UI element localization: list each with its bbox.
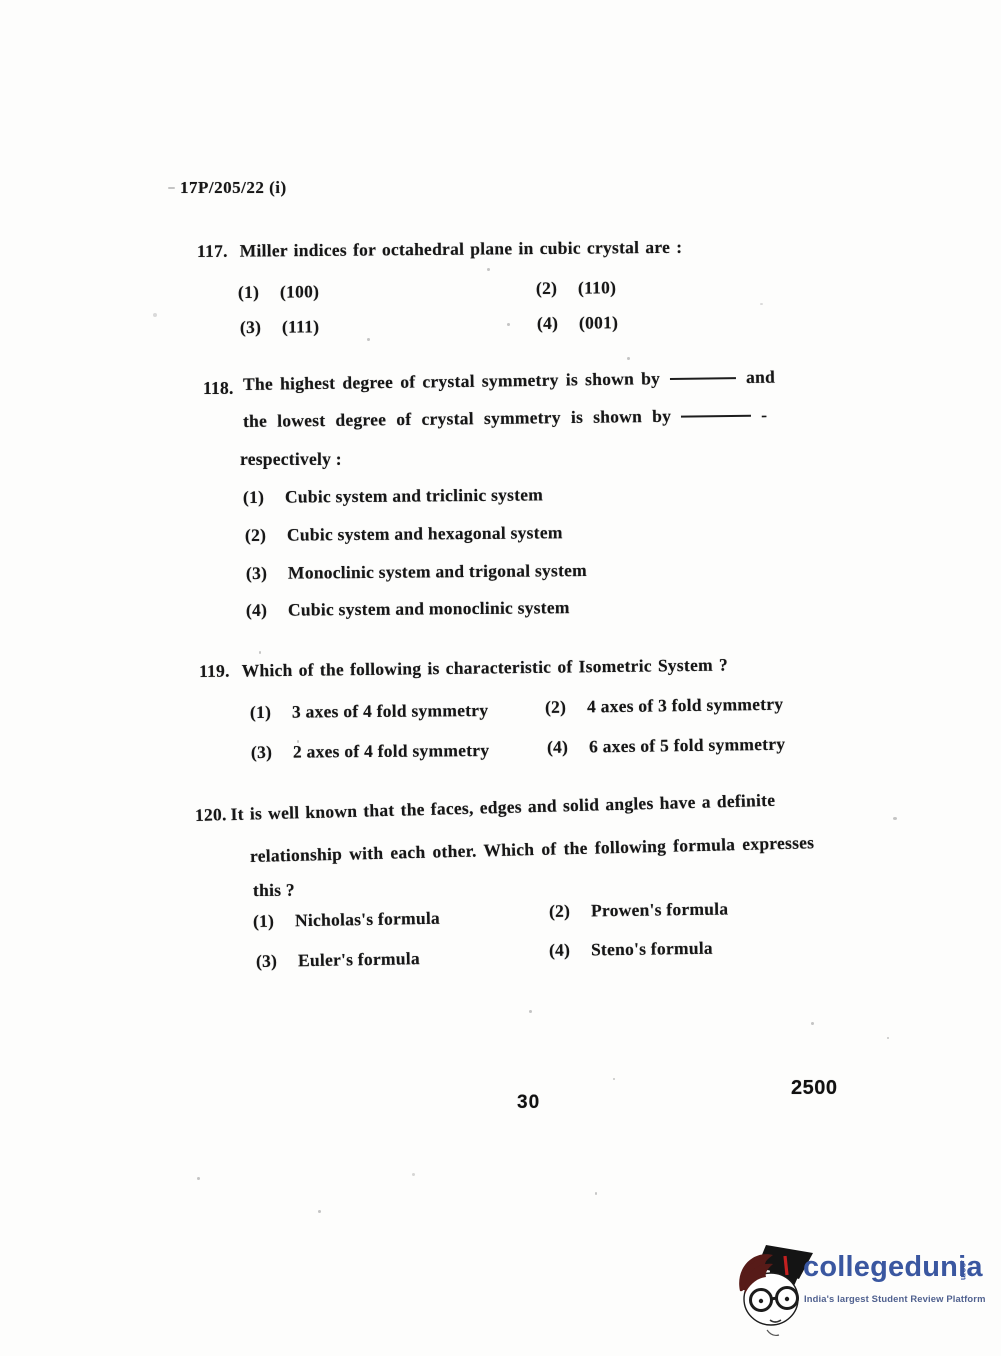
print-copies-number: 2500 <box>791 1077 838 1100</box>
option-120-1: (1) Nicholas's formula <box>253 908 440 932</box>
scan-speck <box>887 1037 889 1039</box>
blank-line <box>681 415 751 418</box>
option-text: (001) <box>579 312 618 333</box>
option-119-2: (2) 4 axes of 3 fold symmetry <box>545 694 784 718</box>
option-label: (3) <box>240 317 282 338</box>
option-text: Cubic system and hexagonal system <box>287 522 563 545</box>
option-text: (110) <box>578 277 616 298</box>
option-text: Nicholas's formula <box>295 908 440 932</box>
option-label: (4) <box>547 736 589 758</box>
option-label: (1) <box>253 910 295 932</box>
option-120-4: (4) Steno's formula <box>549 938 713 961</box>
option-text: 4 axes of 3 fold symmetry <box>587 694 784 718</box>
option-text: 2 axes of 4 fold symmetry <box>293 740 489 763</box>
option-117-1: (1) (100) <box>238 281 319 303</box>
exam-paper-page: 17P/205/22 (i) 117. Miller indices for o… <box>0 0 1001 1356</box>
option-label: (4) <box>246 600 288 621</box>
option-label: (4) <box>549 939 591 961</box>
scan-speck <box>412 1173 415 1176</box>
option-label: (4) <box>537 313 579 334</box>
question-number: 120. <box>195 804 227 826</box>
scan-speck <box>259 651 261 654</box>
question-number: 117. <box>197 241 228 262</box>
scan-speck <box>168 187 175 189</box>
option-label: (2) <box>536 278 578 299</box>
option-118-2: (2) Cubic system and hexagonal system <box>245 522 563 546</box>
question-120-line2: relationship with each other. Which of t… <box>250 832 815 867</box>
scan-speck <box>613 1078 615 1080</box>
question-118-line2: the lowest degree of crystal symmetry is… <box>243 405 768 432</box>
option-text: Cubic system and triclinic system <box>285 484 543 507</box>
scan-speck <box>811 1022 814 1025</box>
scan-speck <box>197 1177 200 1180</box>
option-120-2: (2) Prowen's formula <box>549 898 729 922</box>
option-text: (100) <box>280 281 319 302</box>
blank-line <box>670 377 736 380</box>
option-text: Cubic system and monoclinic system <box>288 597 570 620</box>
scan-speck <box>487 268 490 271</box>
scan-speck <box>760 303 763 305</box>
question-text: Miller indices for octahedral plane in c… <box>240 237 683 262</box>
option-119-3: (3) 2 axes of 4 fold symmetry <box>251 740 489 763</box>
question-text: Which of the following is characteristic… <box>242 655 729 682</box>
scan-speck <box>153 313 157 317</box>
collegedunia-logo: collegedunia .com India's largest Studen… <box>733 1242 1001 1344</box>
question-number: 119. <box>199 661 230 682</box>
option-117-3: (3) (111) <box>240 316 319 338</box>
scan-speck <box>507 323 510 326</box>
scan-speck <box>595 1192 597 1195</box>
option-text: Prowen's formula <box>591 898 729 921</box>
option-118-1: (1) Cubic system and triclinic system <box>243 484 543 508</box>
brand-tld: .com <box>959 1260 968 1281</box>
option-text: Steno's formula <box>591 938 713 961</box>
scan-speck <box>297 740 299 743</box>
scan-speck <box>893 817 897 820</box>
option-text: Monoclinic system and trigonal system <box>288 560 587 584</box>
option-text: 3 axes of 4 fold symmetry <box>292 700 488 723</box>
option-text: 6 axes of 5 fold symmetry <box>589 734 786 758</box>
question-118-number: 118. <box>203 378 234 399</box>
paper-code: 17P/205/22 (i) <box>180 178 287 198</box>
option-label: (2) <box>545 696 587 718</box>
question-text: and <box>746 367 775 387</box>
option-label: (3) <box>246 563 288 584</box>
question-117: 117. Miller indices for octahedral plane… <box>197 237 682 262</box>
question-118-line1: The highest degree of crystal symmetry i… <box>243 367 775 395</box>
page-number: 30 <box>517 1092 540 1114</box>
question-text: It is well known that the faces, edges a… <box>230 790 775 825</box>
question-text: the lowest degree of crystal symmetry is… <box>243 406 671 431</box>
option-119-4: (4) 6 axes of 5 fold symmetry <box>547 734 786 758</box>
scan-speck <box>367 338 370 341</box>
option-label: (1) <box>243 487 285 508</box>
option-label: (2) <box>549 900 591 922</box>
option-118-4: (4) Cubic system and monoclinic system <box>246 597 570 621</box>
option-117-4: (4) (001) <box>537 312 618 334</box>
brand-name: collegedunia <box>803 1251 983 1284</box>
question-120-line3: this ? <box>253 880 295 901</box>
option-text: Euler's formula <box>298 948 420 971</box>
option-label: (1) <box>238 282 280 303</box>
option-label: (1) <box>250 702 292 723</box>
question-text: - <box>761 405 767 425</box>
question-119: 119. Which of the following is character… <box>199 655 728 682</box>
question-120-line1: 120. It is well known that the faces, ed… <box>195 790 776 826</box>
scan-speck <box>529 1010 532 1013</box>
scan-speck <box>318 1210 321 1213</box>
option-120-3: (3) Euler's formula <box>256 948 420 972</box>
question-118-line3: respectively : <box>240 449 342 470</box>
brand-tagline: India's largest Student Review Platform <box>804 1293 986 1304</box>
option-text: (111) <box>282 316 319 337</box>
scan-speck <box>627 357 630 360</box>
option-label: (3) <box>251 742 293 763</box>
option-119-1: (1) 3 axes of 4 fold symmetry <box>250 700 488 723</box>
option-117-2: (2) (110) <box>536 277 616 299</box>
option-label: (2) <box>245 525 287 546</box>
question-text: The highest degree of crystal symmetry i… <box>243 368 660 394</box>
option-118-3: (3) Monoclinic system and trigonal syste… <box>246 560 587 584</box>
option-label: (3) <box>256 950 298 972</box>
